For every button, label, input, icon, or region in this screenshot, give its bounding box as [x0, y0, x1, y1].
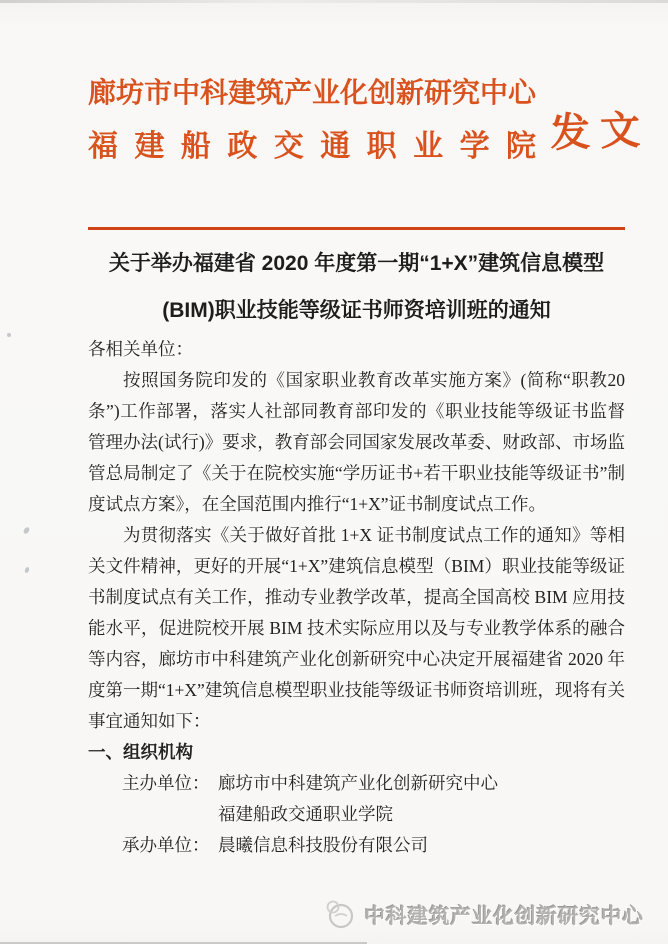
scan-top-edge	[0, 0, 668, 3]
letterhead-red-rule	[88, 227, 625, 230]
organizer-value: 廊坊市中科建筑产业化创新研究中心	[218, 768, 498, 799]
research-center-emblem-icon	[323, 898, 355, 930]
fawen-label: 发文	[549, 98, 651, 158]
scan-speck	[7, 333, 11, 337]
organizer-row-host: 主办单位： 廊坊市中科建筑产业化创新研究中心	[122, 768, 625, 799]
letterhead-org-names: 廊坊市中科建筑产业化创新研究中心 福建船政交通职业学院	[88, 76, 536, 165]
organizer-label: 承办单位：	[122, 830, 218, 861]
org-name-line1: 廊坊市中科建筑产业化创新研究中心	[88, 76, 536, 111]
scan-speck	[22, 526, 30, 535]
section-heading-organization: 一、组织机构	[88, 737, 625, 768]
scanned-notice-page: 廊坊市中科建筑产业化创新研究中心 福建船政交通职业学院 发文 关于举办福建省 2…	[0, 0, 668, 944]
document-title: 关于举办福建省 2020 年度第一期“1+X”建筑信息模型 (BIM)职业技能等…	[68, 240, 645, 334]
letterhead: 廊坊市中科建筑产业化创新研究中心 福建船政交通职业学院 发文	[88, 76, 628, 165]
organizer-label: 主办单位：	[122, 768, 218, 799]
org-name-line2: 福建船政交通职业学院	[88, 129, 536, 165]
document-title-line1: 关于举办福建省 2020 年度第一期“1+X”建筑信息模型	[68, 240, 645, 287]
organizer-row-host-2: 福建船政交通职业学院	[122, 799, 625, 830]
document-title-line2: (BIM)职业技能等级证书师资培训班的通知	[68, 287, 645, 334]
document-body: 各相关单位： 按照国务院印发的《国家职业教育改革实施方案》(简称“职教20条”)…	[88, 334, 625, 861]
paragraph-1: 按照国务院印发的《国家职业教育改革实施方案》(简称“职教20条”)工作部署，落实…	[88, 365, 625, 520]
footer-watermark: 中科建筑产业化创新研究中心	[323, 898, 645, 930]
paragraph-2: 为贯彻落实《关于做好首批 1+X 证书制度试点工作的通知》等相关文件精神，更好的…	[88, 520, 625, 737]
scan-speck	[24, 566, 30, 573]
organizer-value: 晨曦信息科技股份有限公司	[218, 830, 428, 861]
organizer-label-empty	[122, 799, 218, 830]
organizer-value: 福建船政交通职业学院	[218, 799, 393, 830]
organizer-row-undertaker: 承办单位： 晨曦信息科技股份有限公司	[122, 830, 625, 861]
footer-watermark-text: 中科建筑产业化创新研究中心	[365, 899, 645, 929]
salutation: 各相关单位：	[88, 334, 625, 365]
